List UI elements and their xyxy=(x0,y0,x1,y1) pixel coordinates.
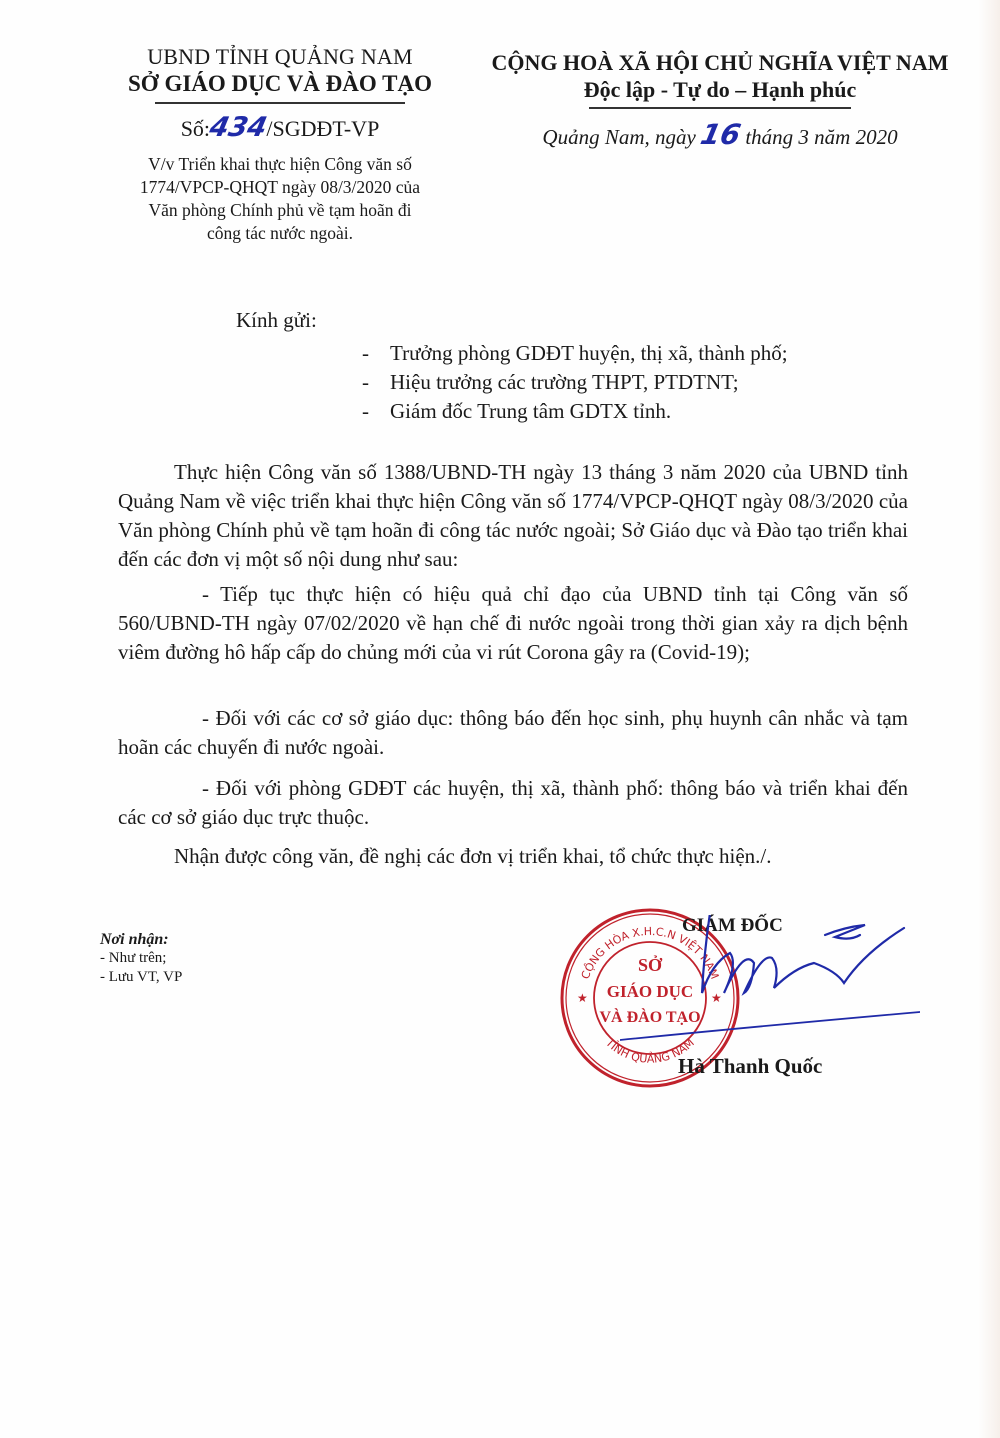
distribution-item: - Lưu VT, VP xyxy=(100,968,182,987)
handwritten-day: 16 xyxy=(698,121,743,149)
header-underline xyxy=(155,102,405,104)
issuer-header: UBND TỈNH QUẢNG NAM SỞ GIÁO DỤC VÀ ĐÀO T… xyxy=(90,44,470,245)
closing-paragraph: Nhận được công văn, đề nghị các đơn vị t… xyxy=(118,842,908,871)
issuing-organization: SỞ GIÁO DỤC VÀ ĐÀO TẠO xyxy=(90,70,470,98)
distribution-list: Nơi nhận: - Như trên; - Lưu VT, VP xyxy=(100,930,182,987)
recipient-text: Hiệu trưởng các trường THPT, PTDTNT; xyxy=(390,370,739,394)
doc-number-suffix: /SGDĐT-VP xyxy=(266,116,379,141)
recipient-text: Giám đốc Trung tâm GDTX tỉnh. xyxy=(390,399,671,423)
greeting: Kính gửi: xyxy=(236,308,317,333)
page-edge-shadow xyxy=(978,0,1000,1438)
subject-line: V/v Triển khai thực hiện Công văn số xyxy=(90,153,470,176)
directive-item: - Đối với phòng GDĐT các huyện, thị xã, … xyxy=(118,774,908,832)
national-header: CỘNG HOÀ XÃ HỘI CHỦ NGHĨA VIỆT NAM Độc l… xyxy=(470,50,970,151)
recipient-text: Trưởng phòng GDĐT huyện, thị xã, thành p… xyxy=(390,341,788,365)
bullet: - xyxy=(362,339,390,368)
recipient-item: -Giám đốc Trung tâm GDTX tỉnh. xyxy=(362,397,788,426)
subject-line: Văn phòng Chính phủ về tạm hoãn đi xyxy=(90,199,470,222)
document-number: Số:434/SGDĐT-VP xyxy=(90,114,470,143)
date-prefix: Quảng Nam, ngày xyxy=(542,125,695,149)
directive-item: - Đối với các cơ sở giáo dục: thông báo … xyxy=(118,704,908,762)
parent-organization: UBND TỈNH QUẢNG NAM xyxy=(90,44,470,70)
bullet: - xyxy=(362,397,390,426)
national-title: CỘNG HOÀ XÃ HỘI CHỦ NGHĨA VIỆT NAM xyxy=(470,50,970,76)
directive-item: - Tiếp tục thực hiện có hiệu quả chỉ đạo… xyxy=(118,580,908,667)
handwritten-doc-number: 434 xyxy=(207,114,269,142)
handwritten-signature xyxy=(620,915,920,1060)
national-motto: Độc lập - Tự do – Hạnh phúc xyxy=(470,76,970,104)
intro-paragraph: Thực hiện Công văn số 1388/UBND-TH ngày … xyxy=(118,458,908,574)
recipient-item: -Trưởng phòng GDĐT huyện, thị xã, thành … xyxy=(362,339,788,368)
subject-line: công tác nước ngoài. xyxy=(90,222,470,245)
doc-number-prefix: Số: xyxy=(181,116,210,141)
distribution-title: Nơi nhận: xyxy=(100,930,182,949)
subject-line: 1774/VPCP-QHQT ngày 08/3/2020 của xyxy=(90,176,470,199)
place-and-date: Quảng Nam, ngày 16 tháng 3 năm 2020 xyxy=(470,121,970,151)
motto-underline xyxy=(589,107,851,109)
bullet: - xyxy=(362,368,390,397)
recipient-item: -Hiệu trưởng các trường THPT, PTDTNT; xyxy=(362,368,788,397)
document-subject: V/v Triển khai thực hiện Công văn số 177… xyxy=(90,153,470,245)
distribution-item: - Như trên; xyxy=(100,949,182,968)
recipient-list: -Trưởng phòng GDĐT huyện, thị xã, thành … xyxy=(362,339,788,426)
date-suffix: tháng 3 năm 2020 xyxy=(745,125,897,149)
star-icon: ★ xyxy=(577,991,588,1005)
